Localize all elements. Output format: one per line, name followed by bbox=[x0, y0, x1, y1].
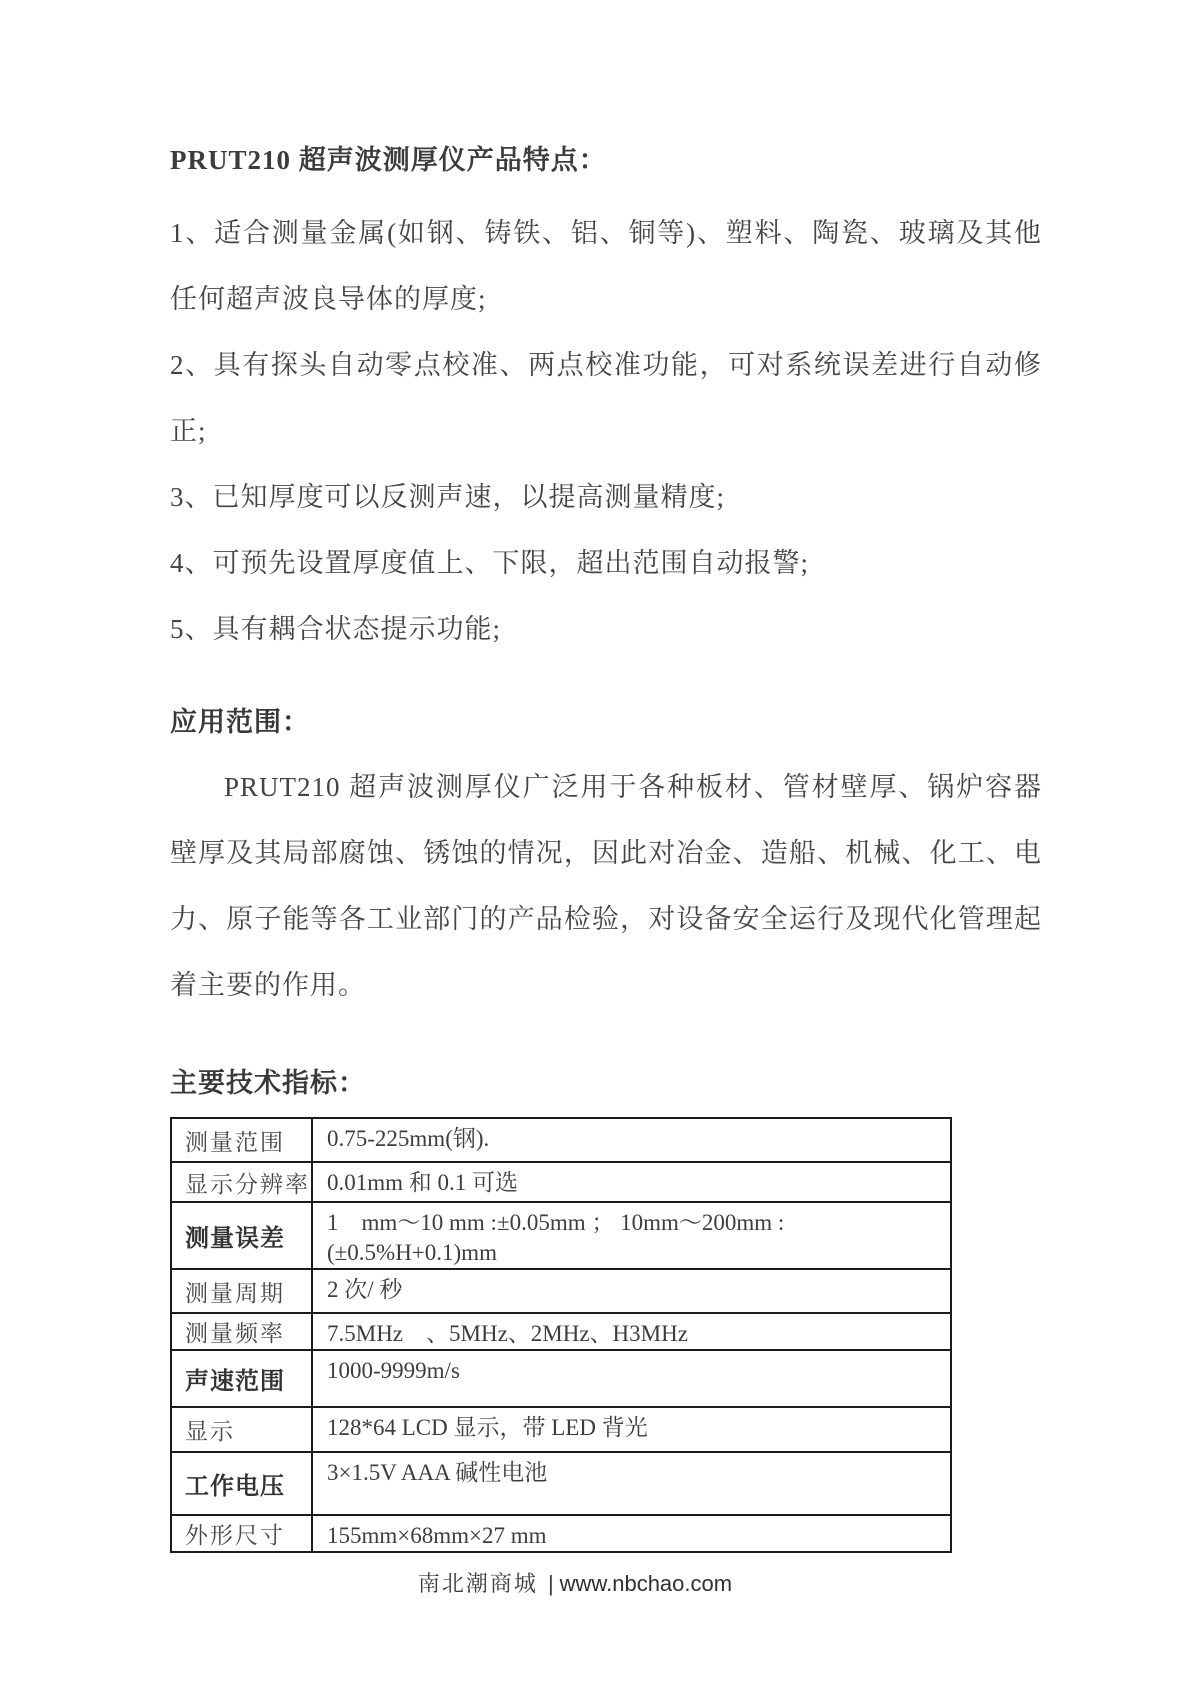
spec-label: 显示分辨率 bbox=[171, 1162, 312, 1202]
spec-row-sound-velocity-range: 声速范围 1000-9999m/s bbox=[171, 1350, 951, 1407]
spec-label: 测量周期 bbox=[171, 1269, 312, 1313]
feature-item-3: 3、已知厚度可以反测声速，以提高测量精度; bbox=[170, 464, 1042, 530]
spec-label: 外形尺寸 bbox=[171, 1515, 312, 1552]
spec-label: 测量范围 bbox=[171, 1118, 312, 1162]
spec-row-measure-error: 测量误差 1 mm～10 mm :±0.05mm ； 10mm～200mm :(… bbox=[171, 1202, 951, 1269]
spec-row-display: 显示 128*64 LCD 显示，带 LED 背光 bbox=[171, 1407, 951, 1452]
spec-label: 测量频率 bbox=[171, 1313, 312, 1350]
specs-table: 测量范围 0.75-225mm(钢). 显示分辨率 0.01mm 和 0.1 可… bbox=[170, 1117, 952, 1553]
spec-value: 128*64 LCD 显示，带 LED 背光 bbox=[312, 1407, 951, 1452]
spec-row-measure-period: 测量周期 2 次/ 秒 bbox=[171, 1269, 951, 1313]
feature-item-1: 1、适合测量金属(如钢、铸铁、铝、铜等)、塑料、陶瓷、玻璃及其他任何超声波良导体… bbox=[170, 200, 1042, 332]
footer-site-name: 南北潮商城 bbox=[418, 1571, 538, 1596]
spec-value: 1 mm～10 mm :±0.05mm ； 10mm～200mm :(±0.5%… bbox=[312, 1202, 951, 1269]
spec-value: 0.75-225mm(钢). bbox=[312, 1118, 951, 1162]
page-title: PRUT210 超声波测厚仪产品特点： bbox=[170, 140, 1045, 180]
specs-heading: 主要技术指标： bbox=[170, 1063, 1045, 1103]
feature-item-2: 2、具有探头自动零点校准、两点校准功能，可对系统误差进行自动修正; bbox=[170, 332, 1042, 464]
application-paragraph: PRUT210 超声波测厚仪广泛用于各种板材、管材壁厚、锅炉容器壁厚及其局部腐蚀… bbox=[170, 754, 1042, 1018]
feature-list: 1、适合测量金属(如钢、铸铁、铝、铜等)、塑料、陶瓷、玻璃及其他任何超声波良导体… bbox=[170, 200, 1042, 662]
spec-label: 显示 bbox=[171, 1407, 312, 1452]
spec-value: 0.01mm 和 0.1 可选 bbox=[312, 1162, 951, 1202]
spec-label: 工作电压 bbox=[171, 1452, 312, 1515]
feature-item-4: 4、可预先设置厚度值上、下限，超出范围自动报警; bbox=[170, 530, 1042, 596]
spec-row-dimensions: 外形尺寸 155mm×68mm×27 mm bbox=[171, 1515, 951, 1552]
footer-separator: | bbox=[538, 1571, 560, 1596]
feature-item-5: 5、具有耦合状态提示功能; bbox=[170, 596, 1042, 662]
footer-url: www.nbchao.com bbox=[560, 1571, 732, 1596]
spec-value: 155mm×68mm×27 mm bbox=[312, 1515, 951, 1552]
spec-row-measure-range: 测量范围 0.75-225mm(钢). bbox=[171, 1118, 951, 1162]
document-page: PRUT210 超声波测厚仪产品特点： 1、适合测量金属(如钢、铸铁、铝、铜等)… bbox=[0, 0, 1045, 1553]
spec-value: 7.5MHz 、5MHz、2MHz、H3MHz bbox=[312, 1313, 951, 1350]
spec-value: 2 次/ 秒 bbox=[312, 1269, 951, 1313]
footer: 南北潮商城|www.nbchao.com bbox=[0, 1568, 1150, 1600]
spec-row-measure-frequency: 测量频率 7.5MHz 、5MHz、2MHz、H3MHz bbox=[171, 1313, 951, 1350]
application-heading: 应用范围： bbox=[170, 702, 1045, 742]
spec-row-display-resolution: 显示分辨率 0.01mm 和 0.1 可选 bbox=[171, 1162, 951, 1202]
spec-row-working-voltage: 工作电压 3×1.5V AAA 碱性电池 bbox=[171, 1452, 951, 1515]
spec-value: 1000-9999m/s bbox=[312, 1350, 951, 1407]
spec-value: 3×1.5V AAA 碱性电池 bbox=[312, 1452, 951, 1515]
spec-label: 声速范围 bbox=[171, 1350, 312, 1407]
spec-label: 测量误差 bbox=[171, 1202, 312, 1269]
